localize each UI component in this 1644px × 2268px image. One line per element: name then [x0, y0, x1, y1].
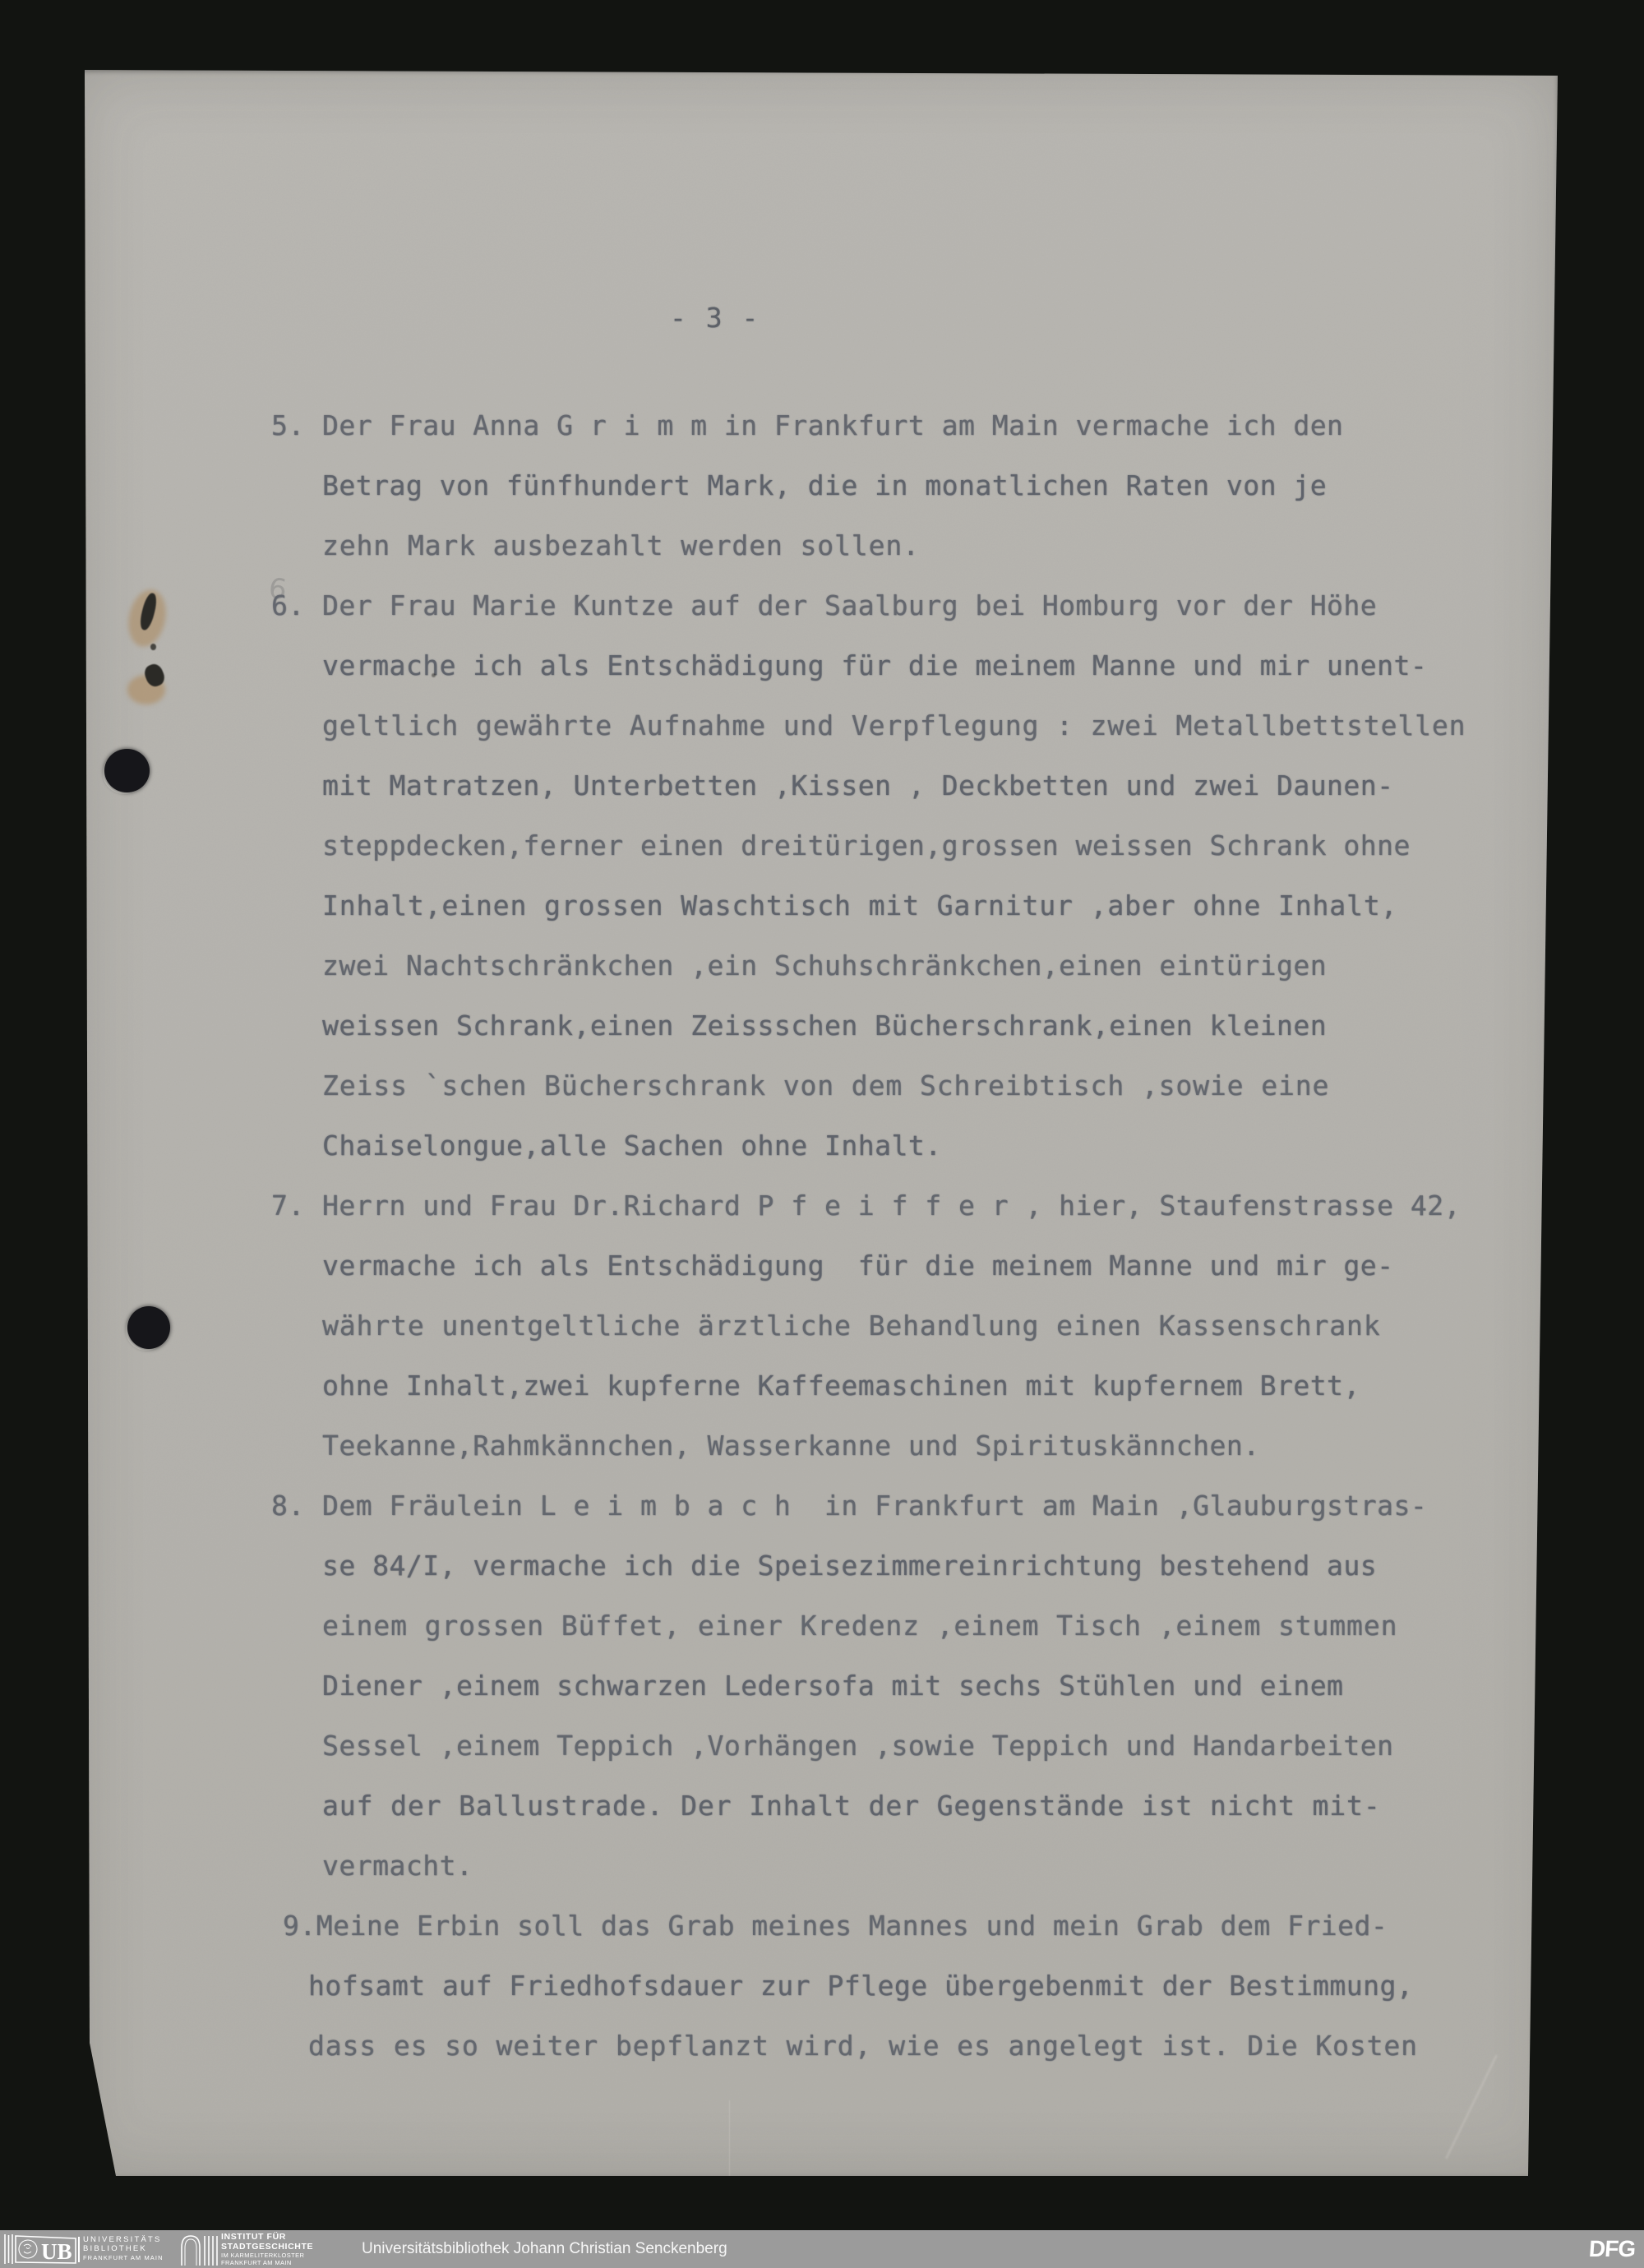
line-text: mit Matratzen, Unterbetten ,Kissen , Dec…: [322, 769, 1394, 801]
typewritten-line: Teekanne,Rahmkännchen, Wasserkanne und S…: [271, 1416, 1554, 1476]
paragraph-number: 5.: [271, 395, 322, 455]
line-text: Inhalt,einen grossen Waschtisch mit Garn…: [322, 889, 1397, 922]
line-text: Teekanne,Rahmkännchen, Wasserkanne und S…: [322, 1430, 1260, 1462]
paragraph-number: 7.: [271, 1176, 322, 1236]
typewritten-line: se 84/I, vermache ich die Speisezimmerei…: [271, 1536, 1554, 1596]
line-text: Herrn und Frau Dr.Richard P f e i f f e …: [322, 1189, 1461, 1222]
will-paragraph-7: 7.Herrn und Frau Dr.Richard P f e i f f …: [271, 1176, 1554, 1476]
ub-library-logo-text: UNIVERSITÄTS BIBLIOTHEK FRANKFURT AM MAI…: [83, 2235, 164, 2262]
dfg-logo: DFG: [1587, 2230, 1636, 2268]
svg-text:UB: UB: [41, 2239, 72, 2264]
typewritten-line: 8.Dem Fräulein L e i m b a c h in Frankf…: [271, 1476, 1554, 1536]
paper-fold-line: [729, 2100, 730, 2176]
paper-speck: [150, 644, 156, 650]
line-text: zwei Nachtschränkchen ,ein Schuhschränkc…: [322, 949, 1327, 982]
line-text: geltlich gewährte Aufnahme und Verpflegu…: [322, 709, 1466, 741]
will-paragraph-6: 6.Der Frau Marie Kuntze auf der Saalburg…: [271, 575, 1554, 1176]
institut-stadtgeschichte-logo-icon: [178, 2233, 219, 2266]
typewritten-line: weissen Schrank,einen Zeissschen Büchers…: [271, 995, 1554, 1055]
typewritten-line: vermache ich als Entschädigung für die m…: [271, 635, 1554, 695]
will-paragraph-8: 8.Dem Fräulein L e i m b a c h in Frankf…: [271, 1476, 1554, 1896]
page-number: - 3 -: [670, 302, 760, 334]
typewritten-line: Diener ,einem schwarzen Ledersofa mit se…: [271, 1656, 1554, 1716]
typewritten-line: 7.Herrn und Frau Dr.Richard P f e i f f …: [271, 1176, 1554, 1236]
digitisation-credit: Universitätsbibliothek Johann Christian …: [362, 2230, 727, 2268]
line-text: Sessel ,einem Teppich ,Vorhängen ,sowie …: [322, 1730, 1394, 1762]
punch-hole: [104, 749, 150, 792]
will-paragraph-5: 5.Der Frau Anna G r i m m in Frankfurt a…: [271, 395, 1554, 575]
line-text: Chaiselongue,alle Sachen ohne Inhalt.: [322, 1129, 942, 1162]
typewritten-line: mit Matratzen, Unterbetten ,Kissen , Dec…: [271, 755, 1554, 815]
institut-stadtgeschichte-logo-text: INSTITUT FÜR STADTGESCHICHTE IM KARMELIT…: [221, 2233, 313, 2266]
paragraph-number: 6.: [271, 575, 322, 635]
typewritten-line: vermache ich als Entschädigung für die m…: [271, 1236, 1554, 1296]
line-text: vermacht.: [322, 1850, 473, 1882]
typewritten-line: 5.Der Frau Anna G r i m m in Frankfurt a…: [271, 395, 1554, 455]
typewritten-line: hofsamt auf Friedhofsdauer zur Pflege üb…: [271, 1956, 1554, 2016]
line-text: hofsamt auf Friedhofsdauer zur Pflege üb…: [308, 1970, 1413, 2002]
typewritten-line: 6.Der Frau Marie Kuntze auf der Saalburg…: [271, 575, 1554, 635]
line-text: se 84/I, vermache ich die Speisezimmerei…: [322, 1550, 1377, 1582]
typewritten-line: steppdecken,ferner einen dreitürigen,gro…: [271, 815, 1554, 875]
line-text: Zeiss `schen Bücherschrank von dem Schre…: [322, 1069, 1329, 1102]
paragraph-number: 9.: [283, 1896, 316, 1956]
ub-library-logo-icon: UB: [3, 2233, 77, 2266]
typewritten-line: auf der Ballustrade. Der Inhalt der Gege…: [271, 1776, 1554, 1836]
paper-speck: [432, 673, 436, 677]
line-text: ohne Inhalt,zwei kupferne Kaffeemaschine…: [322, 1370, 1360, 1402]
line-text: zehn Mark ausbezahlt werden sollen.: [322, 529, 920, 561]
typewritten-line: Sessel ,einem Teppich ,Vorhängen ,sowie …: [271, 1716, 1554, 1776]
typewritten-line: Betrag von fünfhundert Mark, die in mona…: [271, 455, 1554, 515]
scanned-page: - 3 - 6 5.Der Frau Anna G r i m m in Fra…: [80, 70, 1558, 2176]
typewritten-line: vermacht.: [271, 1836, 1554, 1896]
line-text: währte unentgeltliche ärztliche Behandlu…: [322, 1310, 1381, 1342]
typewritten-line: dass es so weiter bepflanzt wird, wie es…: [271, 2016, 1554, 2076]
line-text: dass es so weiter bepflanzt wird, wie es…: [308, 2030, 1418, 2062]
line-text: einem grossen Büffet, einer Kredenz ,ein…: [322, 1610, 1397, 1642]
line-text: Der Frau Anna G r i m m in Frankfurt am …: [322, 409, 1343, 441]
typewritten-line: währte unentgeltliche ärztliche Behandlu…: [271, 1296, 1554, 1356]
typewritten-line: Inhalt,einen grossen Waschtisch mit Garn…: [271, 875, 1554, 935]
typewritten-line: ohne Inhalt,zwei kupferne Kaffeemaschine…: [271, 1356, 1554, 1416]
typewritten-line: einem grossen Büffet, einer Kredenz ,ein…: [271, 1596, 1554, 1656]
typewritten-line: zwei Nachtschränkchen ,ein Schuhschränkc…: [271, 935, 1554, 995]
logo-divider: [78, 2237, 80, 2262]
line-text: vermache ich als Entschädigung für die m…: [322, 649, 1427, 681]
line-text: steppdecken,ferner einen dreitürigen,gro…: [322, 829, 1411, 861]
typewritten-line: Zeiss `schen Bücherschrank von dem Schre…: [271, 1055, 1554, 1116]
line-text: Betrag von fünfhundert Mark, die in mona…: [322, 469, 1327, 501]
typewritten-line: zehn Mark ausbezahlt werden sollen.: [271, 515, 1554, 575]
line-text: Diener ,einem schwarzen Ledersofa mit se…: [322, 1670, 1343, 1702]
typewritten-line: Chaiselongue,alle Sachen ohne Inhalt.: [271, 1116, 1554, 1176]
line-text: Dem Fräulein L e i m b a c h in Frankfur…: [322, 1490, 1427, 1522]
line-text: Der Frau Marie Kuntze auf der Saalburg b…: [322, 589, 1377, 621]
line-text: Meine Erbin soll das Grab meines Mannes …: [316, 1910, 1388, 1942]
paragraph-number: 8.: [271, 1476, 322, 1536]
typewritten-line: geltlich gewährte Aufnahme und Verpflegu…: [271, 695, 1554, 755]
punch-hole: [127, 1306, 170, 1349]
typewritten-text: 5.Der Frau Anna G r i m m in Frankfurt a…: [271, 395, 1554, 2076]
line-text: weissen Schrank,einen Zeissschen Büchers…: [322, 1009, 1327, 1042]
will-paragraph-9: 9.Meine Erbin soll das Grab meines Manne…: [271, 1896, 1554, 2076]
line-text: auf der Ballustrade. Der Inhalt der Gege…: [322, 1790, 1381, 1822]
scan-viewer: - 3 - 6 5.Der Frau Anna G r i m m in Fra…: [0, 0, 1644, 2268]
typewritten-line: 9.Meine Erbin soll das Grab meines Manne…: [271, 1896, 1554, 1956]
line-text: vermache ich als Entschädigung für die m…: [322, 1249, 1394, 1282]
footer-bar: UB UNIVERSITÄTS BIBLIOTHEK FRANKFURT AM …: [0, 2230, 1644, 2268]
